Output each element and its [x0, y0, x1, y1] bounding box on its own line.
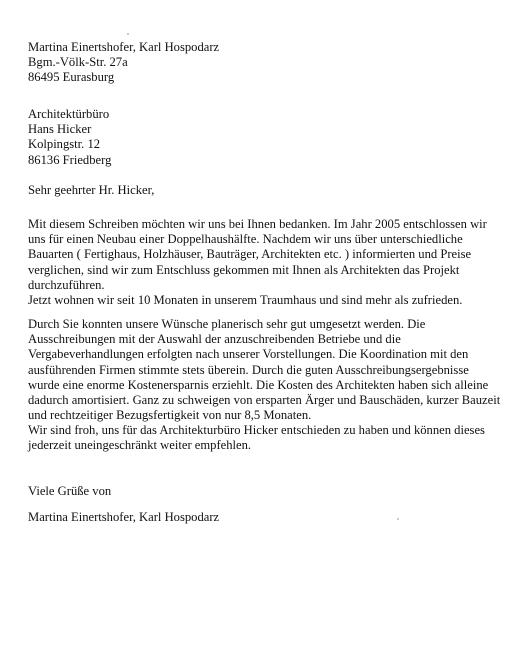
scan-speck: [397, 518, 399, 520]
sender-address: Martina Einertshofer, Karl Hospodarz Bgm…: [28, 40, 500, 86]
paragraph-line: Wir sind froh, uns für das Architekturbü…: [28, 423, 500, 438]
recipient-city: 86136 Friedberg: [28, 153, 500, 168]
paragraph-line: Mit diesem Schreiben möchten wir uns bei…: [28, 217, 500, 232]
paragraph-2: Durch Sie konnten unsere Wünsche planeri…: [28, 317, 500, 423]
paragraph-3: Wir sind froh, uns für das Architekturbü…: [28, 423, 500, 453]
paragraph-1: Mit diesem Schreiben möchten wir uns bei…: [28, 217, 500, 308]
salutation: Sehr geehrter Hr. Hicker,: [28, 183, 500, 198]
paragraph-line: wurde eine enorme Kostenersparnis erzieh…: [28, 378, 500, 393]
recipient-name: Hans Hicker: [28, 122, 500, 137]
sender-name: Martina Einertshofer, Karl Hospodarz: [28, 40, 500, 55]
paragraph-line: jederzeit uneingeschränkt weiter empfehl…: [28, 438, 500, 453]
paragraph-line: ausführenden Firmen stimmte stets überei…: [28, 363, 500, 378]
paragraph-line: Durch Sie konnten unsere Wünsche planeri…: [28, 317, 500, 332]
scan-speck: [127, 33, 129, 35]
sender-street: Bgm.-Völk-Str. 27a: [28, 55, 500, 70]
signature: Martina Einertshofer, Karl Hospodarz: [28, 510, 500, 525]
recipient-company: Architektürbüro: [28, 107, 500, 122]
paragraph-line: dadurch amortisiert. Ganz zu schweigen v…: [28, 393, 500, 408]
paragraph-line: Bauarten ( Fertighaus, Holzhäuser, Bautr…: [28, 247, 500, 262]
paragraph-line: uns für einen Neubau einer Doppelhaushäl…: [28, 232, 500, 247]
closing: Viele Grüße von: [28, 484, 500, 499]
paragraph-line: durchzuführen.: [28, 278, 500, 293]
recipient-street: Kolpingstr. 12: [28, 137, 500, 152]
paragraph-line: Vergabeverhandlungen erfolgten nach unse…: [28, 347, 500, 362]
paragraph-line: und rechtzeitiger Bezugsfertigkeit von n…: [28, 408, 500, 423]
recipient-address: Architektürbüro Hans Hicker Kolpingstr. …: [28, 107, 500, 168]
sender-city: 86495 Eurasburg: [28, 70, 500, 85]
paragraph-line: Jetzt wohnen wir seit 10 Monaten in unse…: [28, 293, 500, 308]
paragraph-line: verglichen, sind wir zum Entschluss geko…: [28, 263, 500, 278]
paragraph-line: Ausschreibungen mit der Auswahl der anzu…: [28, 332, 500, 347]
